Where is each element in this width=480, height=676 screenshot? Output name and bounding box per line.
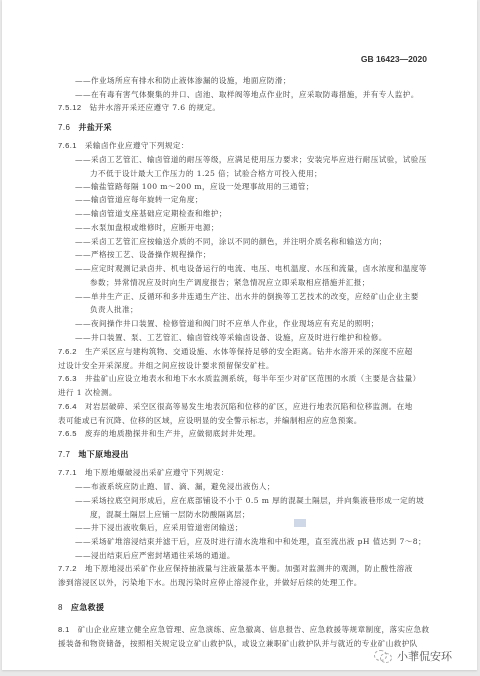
clause-number: 7.7.2 [58, 564, 77, 573]
line-text: ——采场矿堆溶浸结束并滤干后，应及时进行清水洗堆和中和处理，直至流出液 pH 值… [75, 537, 426, 546]
text-line: 参数；异常情况应及时向生产调度报告；紧急情况应立即采取相应措施并汇报； [90, 277, 370, 288]
text-line: 过设计安全开采深度。井组之间应按设计要求预留保安矿柱。 [58, 360, 274, 371]
text-line: ——应定时观测记录卤井、机电设备运行的电流、电压、电机温度、水压和流量，卤水浓度… [75, 263, 427, 274]
section-heading: 7.6井盐开采 [58, 122, 112, 133]
text-line: ——井口装置、泵、工艺管汇、输卤管线等采输卤设备、设施，应及时进行维护和检修。 [75, 332, 387, 343]
text-line: 7.7.2地下原地浸出采矿作业应保持抽液量与注液量基本平衡。加强对监测井的观测，… [58, 563, 413, 574]
line-text: ——采场拉底空间形成后，应在底部铺设不小于 0.5 m 厚的混凝土隔层，并向集液… [75, 496, 424, 505]
line-text: 井盐矿山应设立地表水和地下水水质监测系统，每半年至少对矿区范围的水质（主要是含盐… [85, 374, 421, 383]
clause-number: 7.6 [58, 123, 70, 132]
text-line: ——采场矿堆溶浸结束并滤干后，应及时进行清水洗堆和中和处理，直至流出液 pH 值… [75, 536, 426, 547]
text-line: 负责人批准； [90, 304, 138, 315]
clause-number: 7.7 [58, 450, 70, 459]
text-line: ——输卤管道应每年旋转一定角度； [75, 194, 203, 205]
clause-number: 7.6.5 [58, 429, 77, 438]
line-text: 度，混凝土隔层上应铺一层防水防酸隔离层； [90, 510, 250, 519]
line-text: 废弃的地质勘探井和生产井，应做彻底封井处理。 [85, 429, 261, 438]
line-text: ——单井生产正、反循环和多井连通生产注、出水井的倒换等工艺技术的改变，应经矿山企… [75, 292, 419, 301]
text-line: ——单井生产正、反循环和多井连通生产注、出水井的倒换等工艺技术的改变，应经矿山企… [75, 291, 419, 302]
text-line: 8.1矿山企业应建立健全应急管理、应急演练、应急撤离、信息报告、应急救援等规章制… [58, 624, 430, 635]
text-line: 渗到溶浸区以外，污染地下水。出现污染时应停止溶浸作业，并做好后续的处理工作。 [58, 577, 362, 588]
line-text: ——井下浸出液收集后，应采用管道密闭输送； [75, 523, 243, 532]
text-line: ——采卤工艺管汇、输卤管道的耐压等级，应满足使用压力要求；安装完毕应进行耐压试验… [75, 154, 427, 165]
line-text: ——输卤管道应每年旋转一定角度； [75, 195, 203, 204]
clause-number: 7.6.4 [58, 402, 77, 411]
text-line: 度，混凝土隔层上应铺一层防水防酸隔离层； [90, 509, 250, 520]
document-page: GB 16423—2020 ——作业场所应有排水和防止液体渗漏的设施，地面应防滑… [2, 0, 477, 670]
text-line: 7.6.2生产采区应与建构筑物、交通设施、水体等保持足够的安全距离。钻井水溶开采… [58, 346, 413, 357]
text-line: 进行 1 次检测。 [58, 387, 117, 398]
text-line: ——井下浸出液收集后，应采用管道密闭输送； [75, 522, 243, 533]
line-text: ——输卤管道支座基础应定期检查和维护； [75, 209, 227, 218]
line-text: ——井口装置、泵、工艺管汇、输卤管线等采输卤设备、设施，应及时进行维护和检修。 [75, 333, 387, 342]
text-line: ——作业场所应有排水和防止液体渗漏的设施，地面应防滑； [75, 75, 291, 86]
line-text: 地下原地浸出 [78, 450, 128, 459]
line-text: ——夜间操作井口装置、检修管道和阀门时不应单人作业，作业现场应有充足的照明； [75, 319, 379, 328]
line-text: 井盐开采 [78, 123, 112, 132]
text-line: ——水泵加盘根或维修时，应断开电源； [75, 222, 219, 233]
section-heading: 7.7地下原地浸出 [58, 449, 129, 460]
line-text: ——采卤工艺管汇、输卤管道的耐压等级，应满足使用压力要求；安装完毕应进行耐压试验… [75, 155, 427, 164]
line-text: ——作业场所应有排水和防止液体渗漏的设施，地面应防滑； [75, 76, 291, 85]
watermark-text: 小菲侃安环 [397, 648, 452, 664]
text-line: ——输盐管路每隔 100 m～200 m，应设一处理事故用的三通管； [75, 181, 314, 192]
text-line: ——布液系统应防止跑、冒、滴、漏，避免浸出液伤人； [75, 481, 275, 492]
clause-number: 7.5.12 [58, 103, 82, 112]
standard-code: GB 16423—2020 [361, 54, 427, 64]
text-line: ——采场拉底空间形成后，应在底部铺设不小于 0.5 m 厚的混凝土隔层，并向集液… [75, 495, 424, 506]
text-line: 7.6.1采输卤作业应遵守下列规定： [58, 140, 189, 151]
line-text: 渗到溶浸区以外，污染地下水。出现污染时应停止溶浸作业，并做好后续的处理工作。 [58, 578, 362, 587]
clause-number: 7.6.1 [58, 141, 77, 150]
watermark-stamp [294, 519, 306, 527]
line-text: 进行 1 次检测。 [58, 388, 117, 397]
line-text: ——在有毒有害气体聚集的井口、卤池、取样阀等地点作业时，应采取防毒措施，并有专人… [75, 90, 419, 99]
line-text: 对岩层破碎、采空区很高等易发生地表沉陷和位移的矿区，应进行地表沉陷和位移监测。在… [85, 402, 413, 411]
text-line: 7.6.4对岩层破碎、采空区很高等易发生地表沉陷和位移的矿区，应进行地表沉陷和位… [58, 401, 413, 412]
line-text: 表可能或已有沉降、位移的区域，应设明显的安全警示标志，并编制相应的应急预案。 [58, 416, 362, 425]
clause-number: 8 [58, 603, 63, 612]
text-line: ——在有毒有害气体聚集的井口、卤池、取样阀等地点作业时，应采取防毒措施，并有专人… [75, 89, 419, 100]
line-text: 地下原地爆破浸出采矿应遵守下列规定： [85, 468, 229, 477]
line-text: 应急救援 [71, 603, 105, 612]
line-text: ——采卤工艺管汇应按输送介质的不同，涂以不同的颜色，并注明介质名称和输送方向； [75, 237, 387, 246]
clause-number: 8.1 [58, 625, 70, 634]
text-line: 表可能或已有沉降、位移的区域，应设明显的安全警示标志，并编制相应的应急预案。 [58, 415, 362, 426]
line-text: ——水泵加盘根或维修时，应断开电源； [75, 223, 219, 232]
text-line: 7.5.12钻井水溶开采还应遵守 7.6 的规定。 [58, 102, 220, 113]
line-text: 矿山企业应建立健全应急管理、应急演练、应急撤离、信息报告、应急救援等规章制度，落… [78, 625, 430, 634]
clause-number: 7.6.3 [58, 374, 77, 383]
line-text: ——浸出结束后应严密封堵通往采场的通道。 [75, 551, 235, 560]
text-line: ——输卤管道支座基础应定期检查和维护； [75, 208, 227, 219]
line-text: 参数；异常情况应及时向生产调度报告；紧急情况应立即采取相应措施并汇报； [90, 278, 370, 287]
text-line: ——浸出结束后应严密封堵通往采场的通道。 [75, 550, 235, 561]
line-text: ——布液系统应防止跑、冒、滴、漏，避免浸出液伤人； [75, 482, 275, 491]
text-line: ——严格按工艺、设备操作规程操作； [75, 249, 211, 260]
text-line: ——夜间操作井口装置、检修管道和阀门时不应单人作业，作业现场应有充足的照明； [75, 318, 379, 329]
line-text: 生产采区应与建构筑物、交通设施、水体等保持足够的安全距离。钻井水溶开采的深度不应… [85, 347, 413, 356]
line-text: ——严格按工艺、设备操作规程操作； [75, 250, 211, 259]
text-line: 7.6.3井盐矿山应设立地表水和地下水水质监测系统，每半年至少对矿区范围的水质（… [58, 373, 421, 384]
clause-number: 7.6.2 [58, 347, 77, 356]
line-text: 援装备和物资储备，按照相关规定设立矿山救护队，或设立兼职矿山救护队并与就近的专业… [58, 639, 418, 648]
text-line: 力不低于设计最大工作压力的 1.25 倍；试验合格方可投入使用； [90, 168, 322, 179]
line-text: 采输卤作业应遵守下列规定： [85, 141, 189, 150]
line-text: ——应定时观测记录卤井、机电设备运行的电流、电压、电机温度、水压和流量，卤水浓度… [75, 264, 427, 273]
section-heading: 8应急救援 [58, 602, 104, 613]
line-text: 负责人批准； [90, 305, 138, 314]
line-text: 钻井水溶开采还应遵守 7.6 的规定。 [90, 103, 221, 112]
clause-number: 7.7.1 [58, 468, 77, 477]
line-text: ——输盐管路每隔 100 m～200 m，应设一处理事故用的三通管； [75, 182, 314, 191]
line-text: 地下原地浸出采矿作业应保持抽液量与注液量基本平衡。加强对监测井的观测，防止酸性溶… [85, 564, 413, 573]
text-line: ——采卤工艺管汇应按输送介质的不同，涂以不同的颜色，并注明介质名称和输送方向； [75, 236, 387, 247]
line-text: 过设计安全开采深度。井组之间应按设计要求预留保安矿柱。 [58, 361, 274, 370]
text-line: 7.6.5废弃的地质勘探井和生产井，应做彻底封井处理。 [58, 428, 261, 439]
line-text: 力不低于设计最大工作压力的 1.25 倍；试验合格方可投入使用； [90, 169, 322, 178]
text-line: 7.7.1地下原地爆破浸出采矿应遵守下列规定： [58, 467, 229, 478]
text-line: 援装备和物资储备，按照相关规定设立矿山救护队，或设立兼职矿山救护队并与就近的专业… [58, 638, 418, 649]
watermark: 小菲侃安环 [374, 648, 452, 664]
wechat-icon [374, 650, 392, 662]
